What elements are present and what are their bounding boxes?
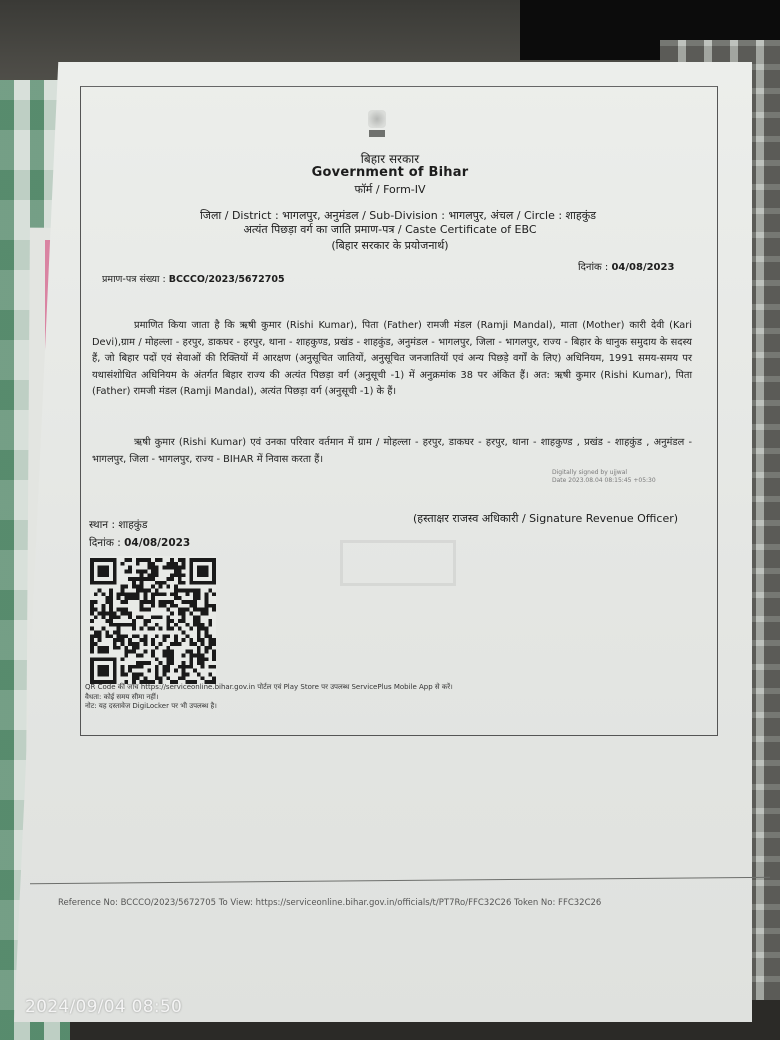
reference-line: Reference No: BCCCO/2023/5672705 To View… xyxy=(58,898,601,908)
digital-signature-by: Digitally signed by ujjwal xyxy=(552,469,656,477)
certificate-number: प्रमाण-पत्र संख्या : BCCCO/2023/5672705 xyxy=(102,272,285,285)
english-title: Government of Bihar xyxy=(0,165,780,180)
qr-code-icon[interactable] xyxy=(90,556,216,686)
photo-timestamp: 2024/09/04 08:50 xyxy=(25,997,182,1017)
certificate-body-paragraph: प्रमाणित किया जाता है कि ऋषी कुमार (Rish… xyxy=(92,318,692,401)
qr-note-validity: वैधता: कोई समय सीमा नहीं। xyxy=(85,693,453,703)
form-number: फॉर्म / Form-IV xyxy=(0,182,780,197)
digital-signature-date: Date 2023.08.04 08:15:45 +05:30 xyxy=(552,477,656,485)
certificate-number-label: प्रमाण-पत्र संख्या : xyxy=(102,274,169,285)
certificate-number-value: BCCCO/2023/5672705 xyxy=(169,274,285,285)
place-label: स्थान : xyxy=(89,519,118,531)
qr-note-digilocker: नोट: यह दस्तावेज DigiLocker पर भी उपलब्ध… xyxy=(85,702,453,712)
signature-date-value: 04/08/2023 xyxy=(124,537,190,549)
signature-date-label: दिनांक : xyxy=(89,537,124,549)
place: स्थान : शाहकुंड xyxy=(89,518,147,532)
issue-date: दिनांक : 04/08/2023 xyxy=(578,259,674,273)
certificate-title: अत्यंत पिछड़ा वर्ग का जाति प्रमाण-पत्र /… xyxy=(0,222,780,237)
certificate-purpose: (बिहार सरकार के प्रयोजनार्थ) xyxy=(0,238,780,253)
qr-code-graphic xyxy=(90,556,216,686)
district-line: जिला / District : भागलपुर, अनुमंडल / Sub… xyxy=(8,208,780,223)
qr-note-verify: QR Code की जाँच https://serviceonline.bi… xyxy=(85,683,453,693)
issue-date-value: 04/08/2023 xyxy=(611,262,674,273)
signature-label: (हस्ताक्षर राजस्व अधिकारी / Signature Re… xyxy=(413,511,678,526)
state-emblem-icon xyxy=(360,110,394,140)
qr-notes: QR Code की जाँच https://serviceonline.bi… xyxy=(85,683,453,712)
place-value: शाहकुंड xyxy=(118,519,147,531)
issue-date-label: दिनांक : xyxy=(578,262,611,273)
digital-signature: Digitally signed by ujjwal Date 2023.08.… xyxy=(552,469,656,485)
signature-date: दिनांक : 04/08/2023 xyxy=(89,536,190,550)
residence-paragraph: ऋषी कुमार (Rishi Kumar) एवं उनका परिवार … xyxy=(92,435,692,468)
